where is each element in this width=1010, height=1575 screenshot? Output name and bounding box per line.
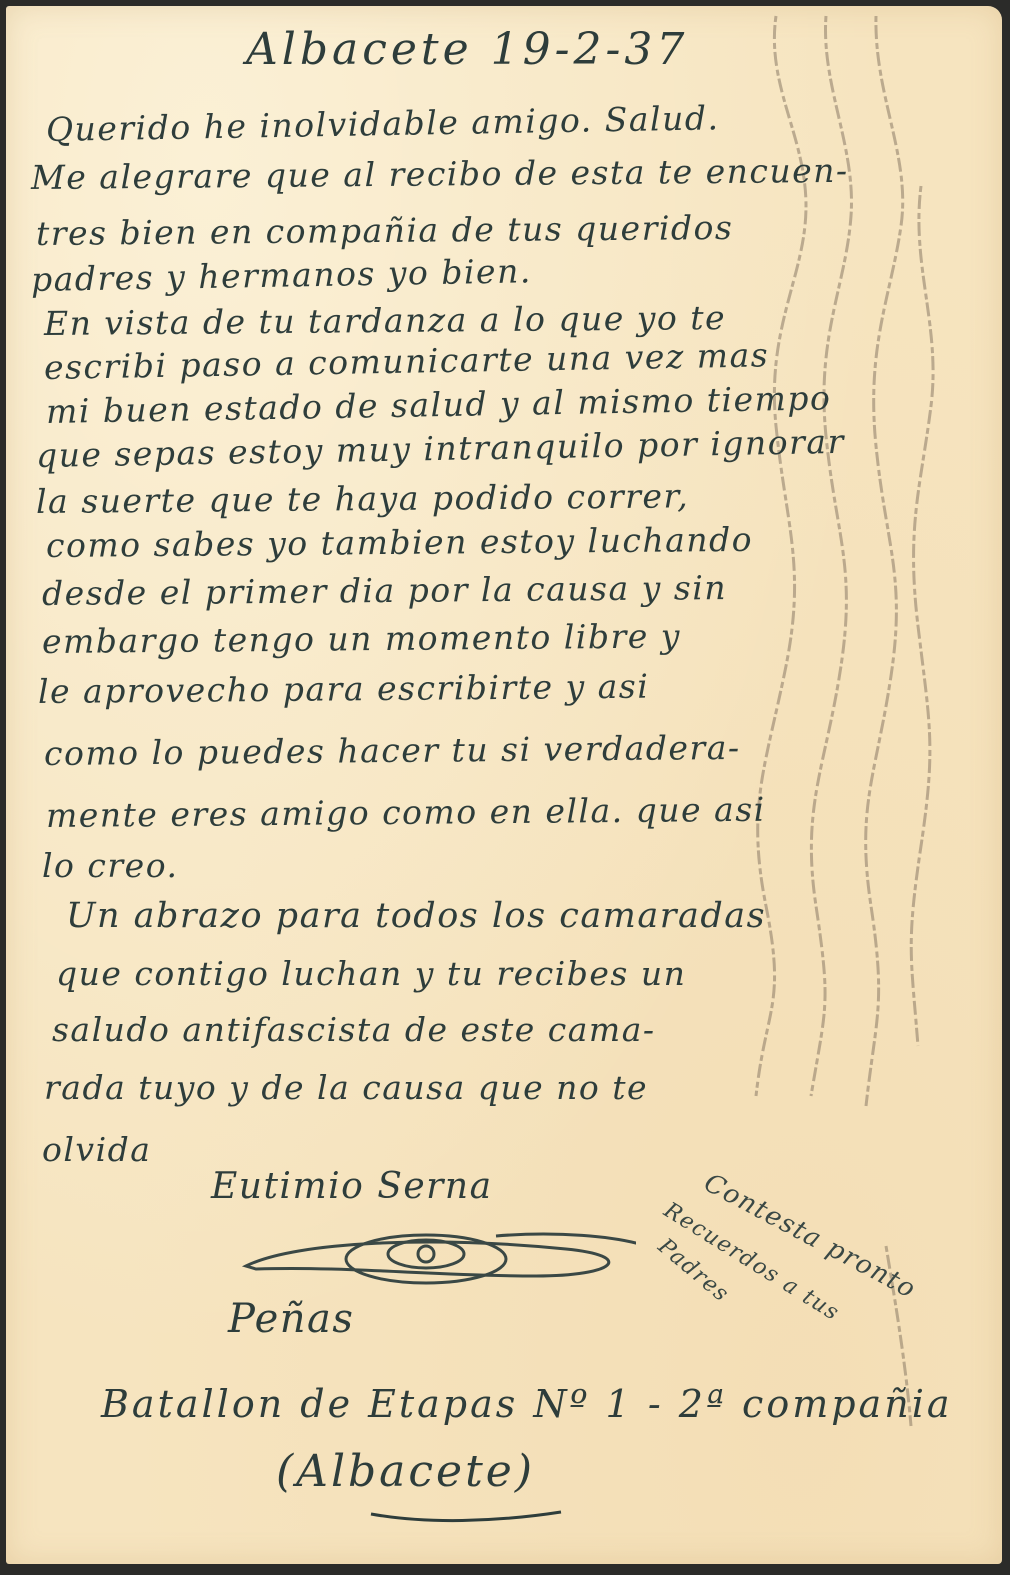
letter-line: Un abrazo para todos los camaradas [66, 896, 766, 936]
place-date-heading: Albacete 19-2-37 [246, 24, 688, 75]
letter-line: mi buen estado de salud y al mismo tiemp… [46, 378, 832, 431]
letter-line: como sabes yo tambien estoy luchando [46, 520, 753, 565]
letter-line: Querido he inolvidable amigo. Salud. [46, 98, 720, 149]
signature-place: Peñas [228, 1296, 354, 1342]
letter-line: lo creo. [42, 846, 178, 885]
letter-line: padres y hermanos yo bien. [31, 251, 532, 299]
letter-line: le aprovecho para escribirte y asi [38, 667, 650, 711]
letter-line: como lo puedes hacer tu si verdadera- [44, 728, 741, 773]
letter-line: embargo tengo un momento libre y [42, 616, 681, 661]
signature-flourish-icon [236, 1221, 636, 1291]
letter-line: mente eres amigo como en ella. que asi [46, 790, 766, 835]
letter-line: la suerte que te haya podido correr, [36, 476, 689, 521]
letter-line: desde el primer dia por la causa y sin [42, 568, 727, 613]
letter-line: En vista de tu tardanza a lo que yo te [44, 298, 726, 343]
return-address-city: (Albacete) [276, 1446, 535, 1497]
letter-line: Me alegrare que al recibo de esta te enc… [31, 151, 849, 197]
letter-line: saludo antifascista de este cama- [52, 1010, 656, 1049]
letter-line: escribi paso a comunicarte una vez mas [44, 335, 770, 387]
letter-line: que contigo luchan y tu recibes un [56, 954, 686, 993]
letter-line: tres bien en compañia de tus queridos [36, 208, 734, 253]
signature-name: Eutimio Serna [211, 1166, 493, 1207]
postcard: Albacete 19-2-37 Querido he inolvidable … [6, 6, 1002, 1564]
underline-stroke-icon [366, 1506, 566, 1526]
letter-line: rada tuyo y de la causa que no te [44, 1068, 648, 1107]
letter-line: olvida [42, 1130, 151, 1169]
letter-line: que sepas estoy muy intranquilo por igno… [36, 422, 845, 475]
return-address-unit: Batallon de Etapas Nº 1 - 2ª compañia [101, 1382, 953, 1426]
